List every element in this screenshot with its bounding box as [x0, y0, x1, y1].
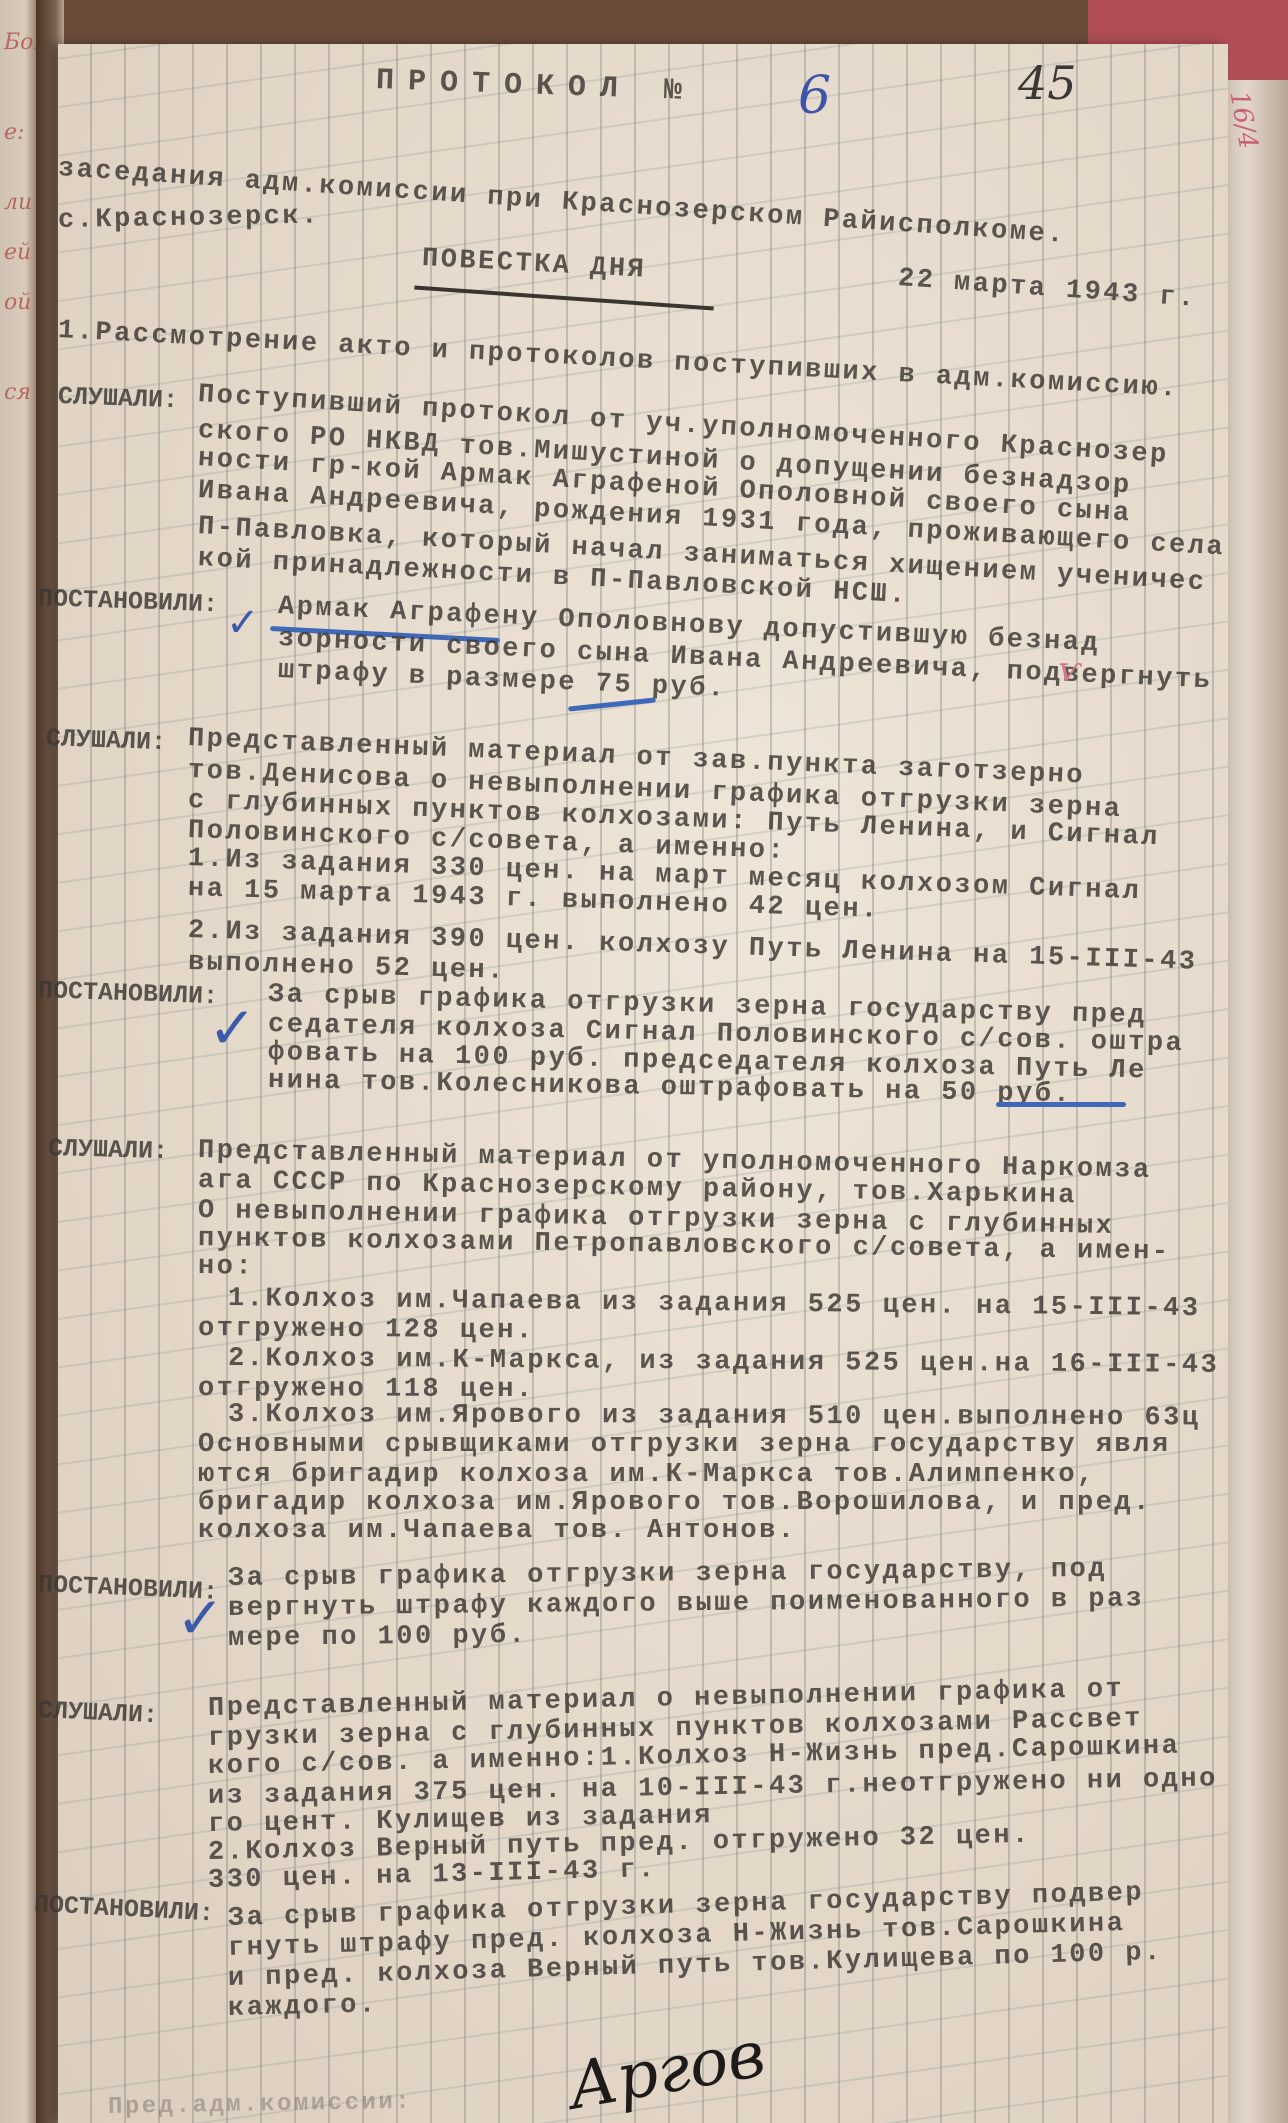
- pink-mark: ѵ: [1058, 650, 1081, 690]
- section-label: ПОСТАНОВИЛИ:: [37, 976, 218, 1011]
- text-line: но:: [198, 1252, 254, 1283]
- agenda-heading: ПОВЕСТКА ДНЯ: [421, 244, 647, 286]
- page-number: 45: [1018, 56, 1077, 110]
- section-label: ПОСТАНОВИЛИ:: [33, 1890, 214, 1928]
- text-line: Основными срывщиками отгрузки зерна госу…: [198, 1430, 1171, 1460]
- subtitle-line-2: с.Краснозерск.: [58, 201, 320, 236]
- section-label: СЛУШАЛИ:: [48, 1134, 169, 1166]
- page-title: ПРОТОКОЛ №: [375, 64, 696, 109]
- left-margin-note: ой: [4, 290, 31, 315]
- text-line: ются бригадир колхоза им.К-Маркса тов.Ал…: [198, 1460, 1096, 1490]
- section-label: ПОСТАНОВИЛИ:: [37, 584, 218, 619]
- date: 22 марта 1943 г.: [897, 264, 1198, 315]
- signature-label: Пред.адм.комиссии:: [108, 2089, 413, 2121]
- protocol-number: 6: [798, 66, 831, 126]
- section-label: СЛУШАЛИ:: [45, 724, 166, 757]
- checkmark-icon: ✓: [208, 994, 257, 1062]
- text-line: колхоза им.Чапаева тов. Антонов.: [198, 1516, 796, 1546]
- document-page: ПРОТОКОЛ № 6 45 заседания адм.комиссии п…: [58, 44, 1228, 2123]
- signature: Аргов: [563, 2017, 770, 2123]
- left-margin-note: ей: [4, 240, 31, 265]
- text-line: 3.Колхоз им.Ярового из задания 510 цен.в…: [228, 1400, 1201, 1433]
- text-line: мере по 100 руб.: [228, 1621, 528, 1654]
- text-line: отгружено 128 цен.: [198, 1314, 535, 1346]
- left-margin-note: ли: [4, 190, 32, 215]
- agenda-underline: [414, 286, 714, 311]
- checkmark-icon: ✓: [226, 600, 260, 646]
- left-margin-note: ся: [4, 380, 31, 405]
- left-margin-note: е:: [4, 120, 24, 145]
- text-line: каждого.: [228, 1990, 378, 2024]
- section-label: СЛУШАЛИ:: [57, 382, 178, 415]
- text-line: бригадир колхоза им.Ярового тов.Ворошило…: [198, 1488, 1152, 1518]
- blue-underline: [996, 1102, 1126, 1107]
- checkmark-icon: ✓: [176, 1584, 225, 1652]
- section-label: СЛУШАЛИ:: [37, 1696, 158, 1730]
